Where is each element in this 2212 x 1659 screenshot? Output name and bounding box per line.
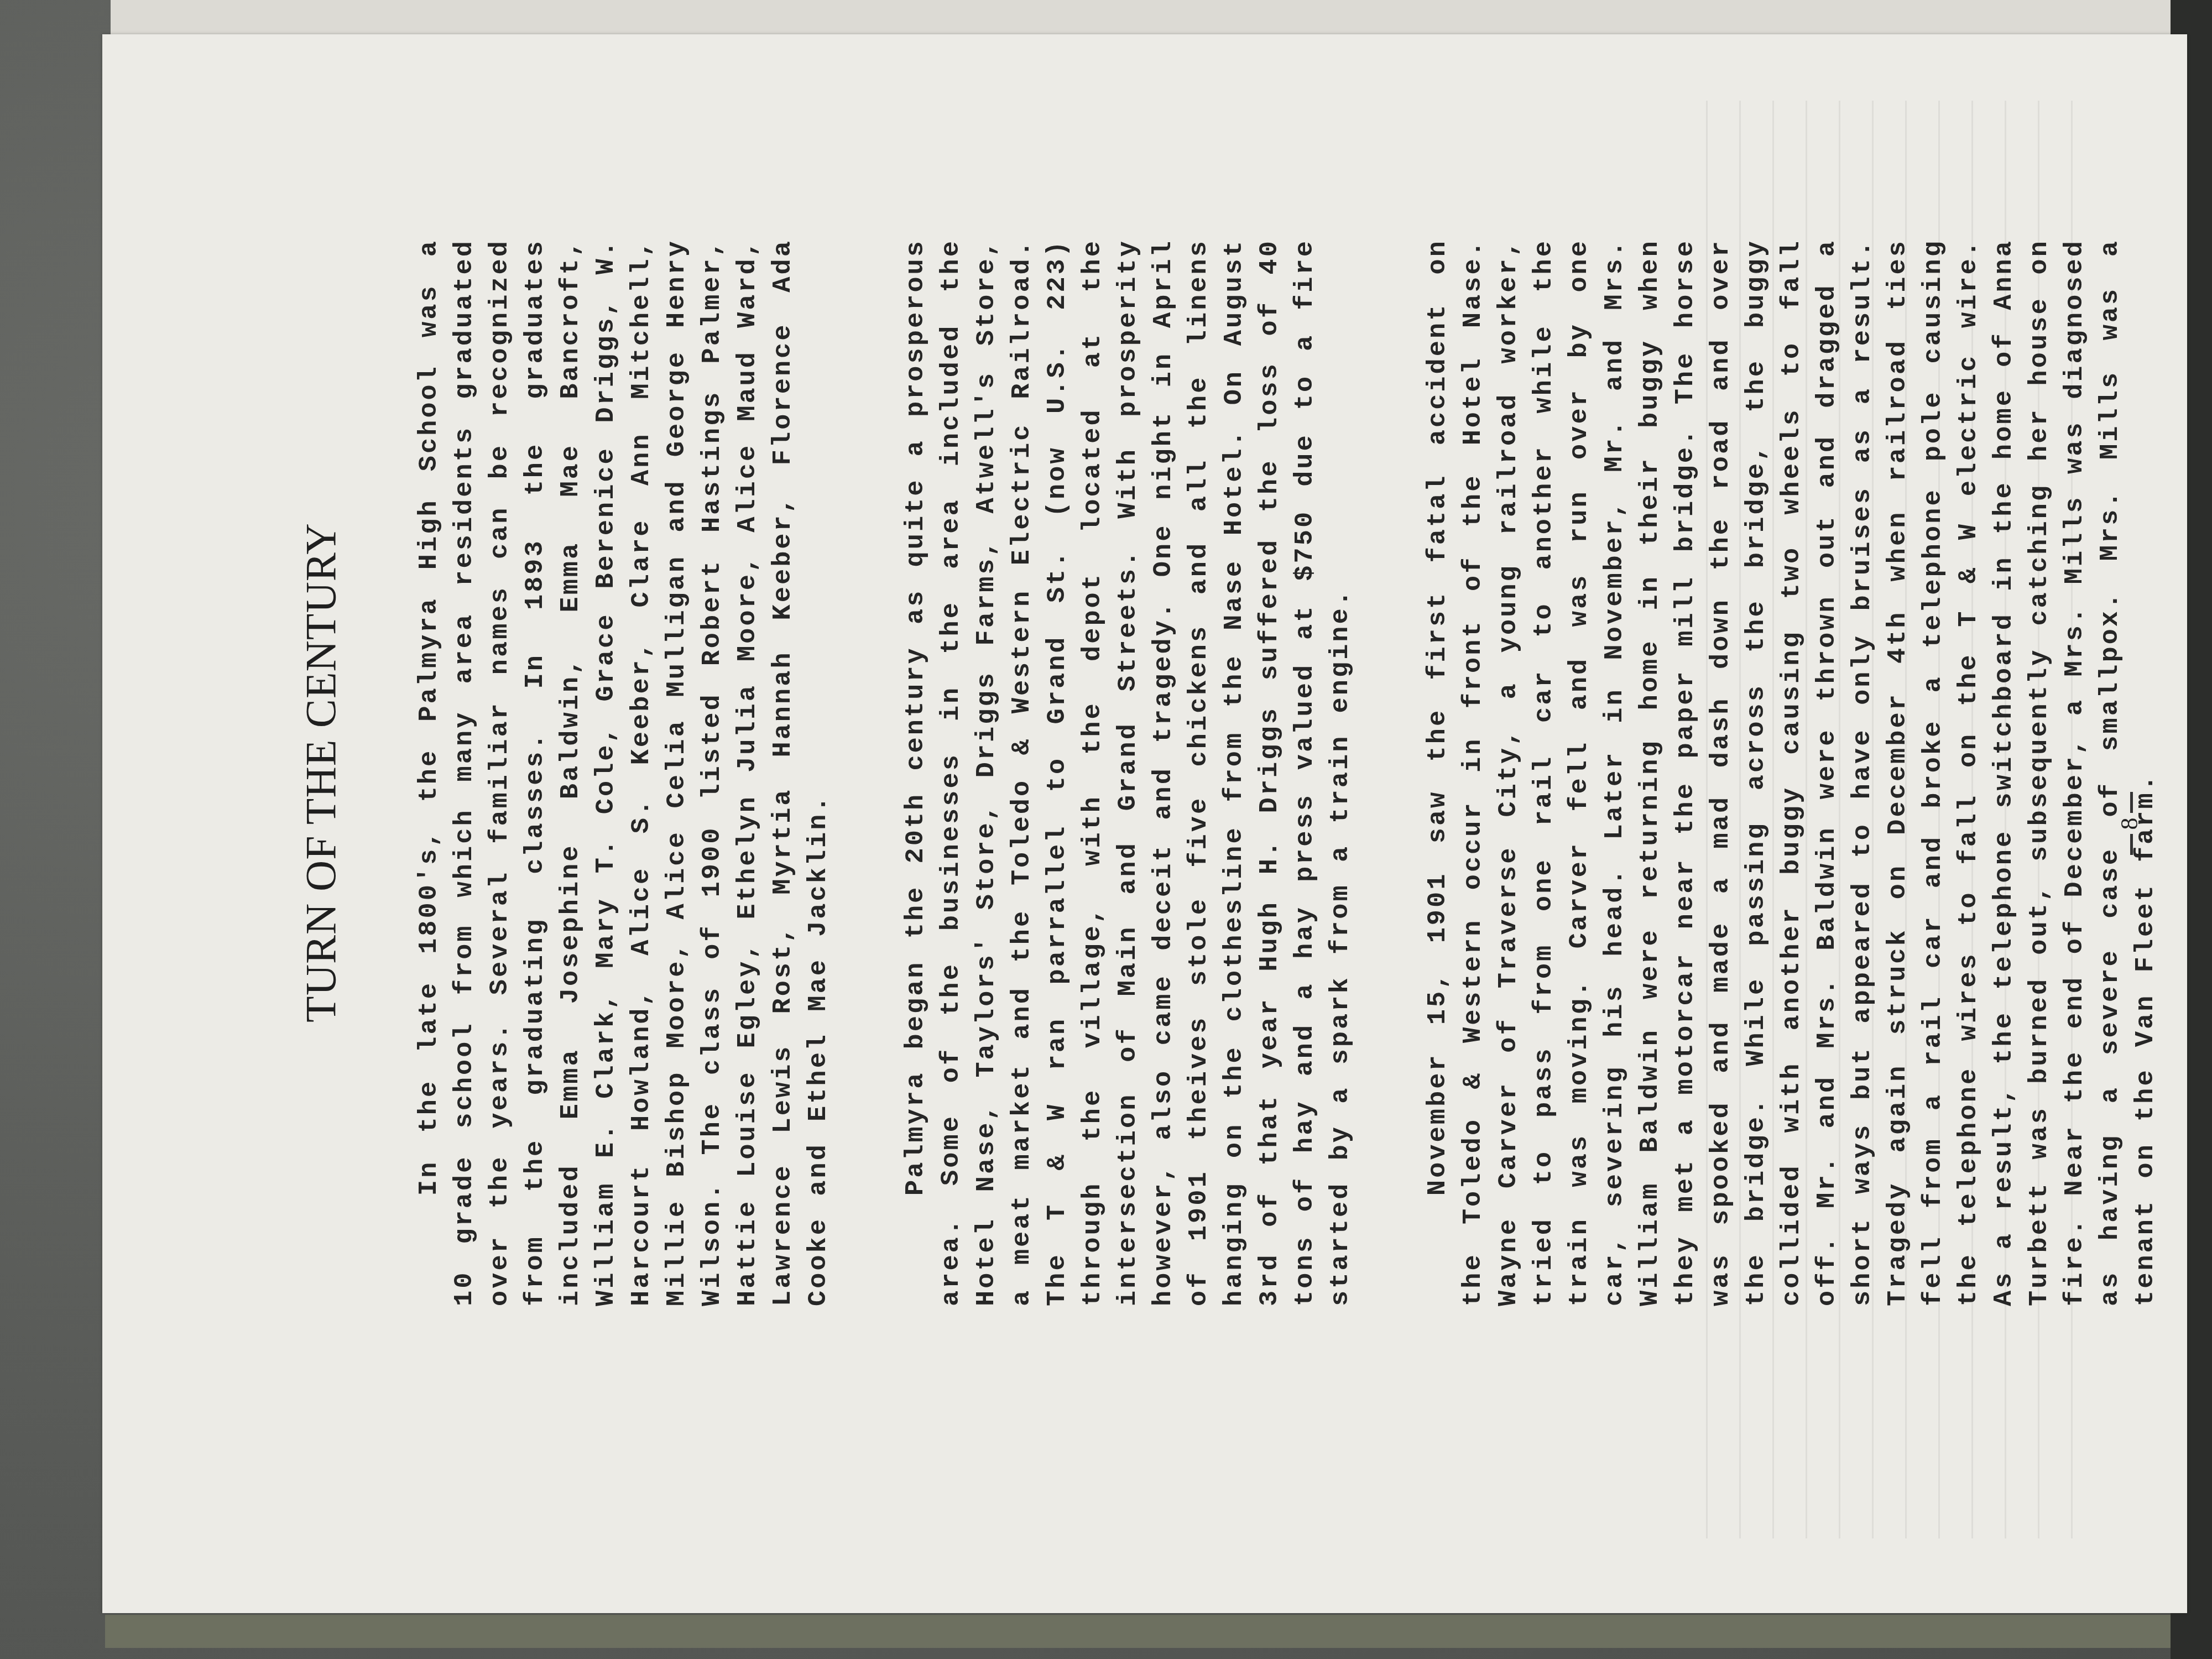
- book-cover-edge: [105, 1615, 2212, 1648]
- paragraph-accidents: November 15, 1901 saw the first fatal ac…: [1421, 239, 2164, 1306]
- page-number: 8: [2115, 34, 2143, 1613]
- paragraph-prosperity: Palmyra began the 20th century as quite …: [899, 239, 1359, 1306]
- page-number-dash-right: [2130, 792, 2133, 813]
- rotated-content-frame: TURN OF THE CENTURY In the late 1800's, …: [102, 34, 2187, 1613]
- document-page: TURN OF THE CENTURY In the late 1800's, …: [102, 34, 2187, 1613]
- photo-scene: TURN OF THE CENTURY In the late 1800's, …: [0, 0, 2212, 1659]
- paragraph-graduates: In the late 1800's, the Palmyra High Sch…: [412, 239, 837, 1306]
- page-number-dash-left: [2130, 834, 2133, 855]
- page-content: TURN OF THE CENTURY In the late 1800's, …: [296, 239, 2212, 1306]
- page-title: TURN OF THE CENTURY: [296, 239, 346, 1306]
- page-number-value: 8: [2116, 818, 2143, 830]
